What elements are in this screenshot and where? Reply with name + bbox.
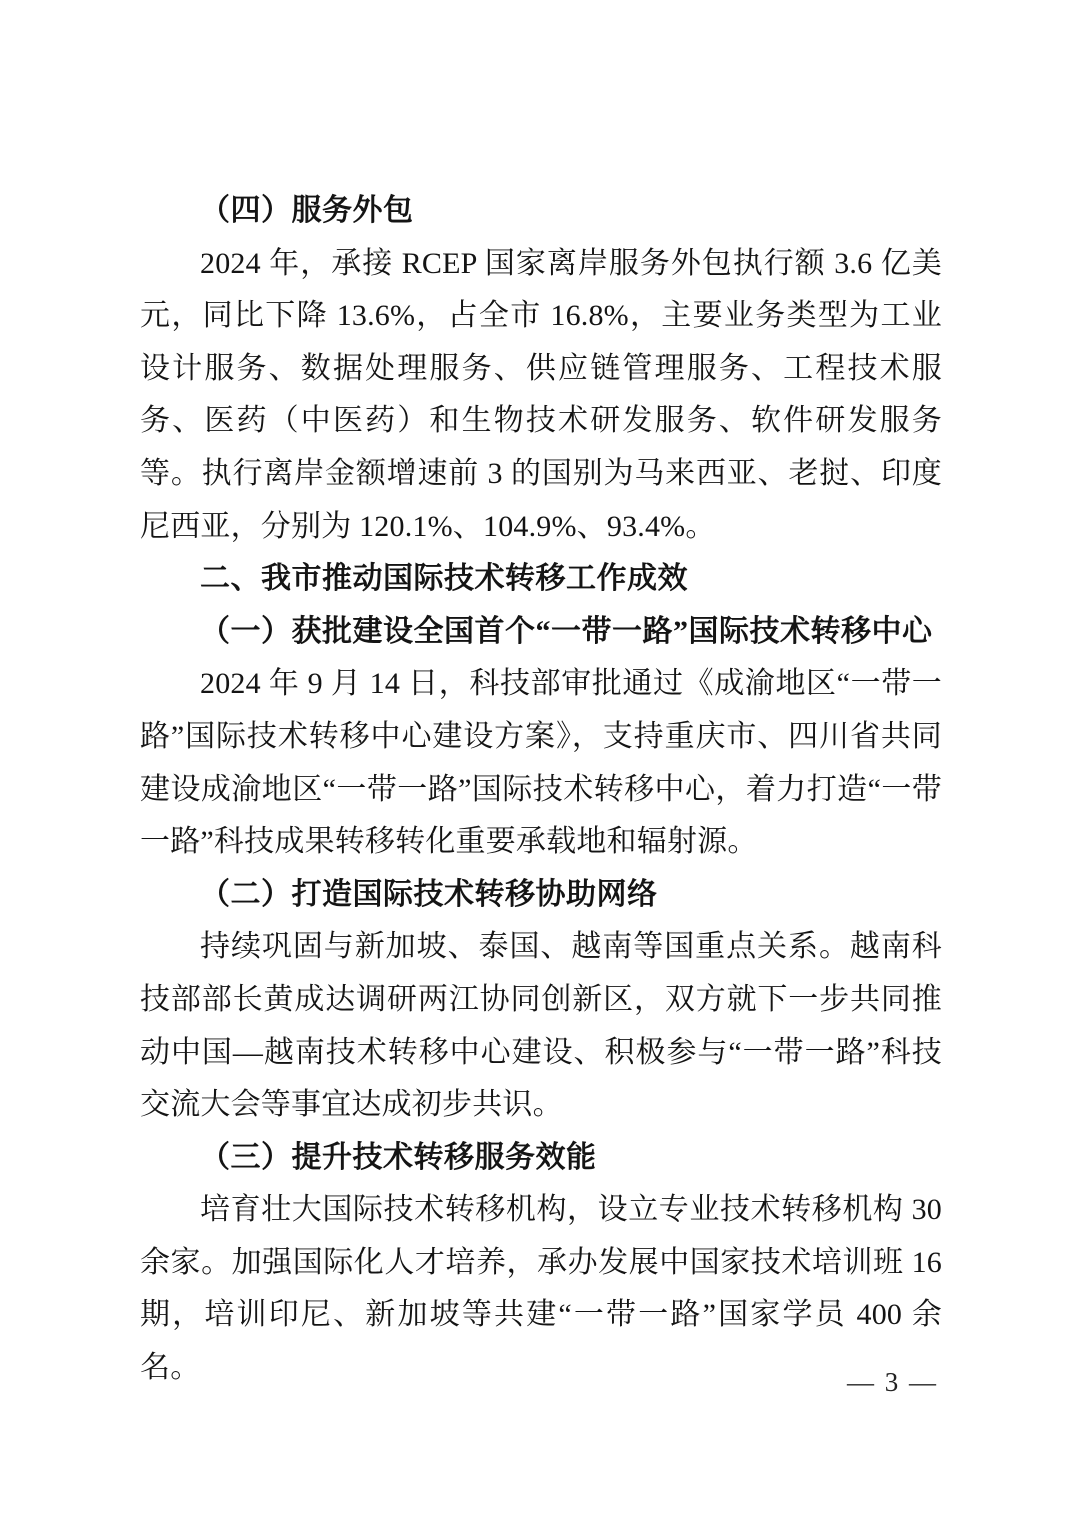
subheading-transfer-assist-network: （二）打造国际技术转移协助网络 bbox=[140, 869, 942, 922]
document-body: （四）服务外包 2024 年，承接 RCEP 国家离岸服务外包执行额 3.6 亿… bbox=[140, 185, 942, 1395]
document-page: （四）服务外包 2024 年，承接 RCEP 国家离岸服务外包执行额 3.6 亿… bbox=[0, 0, 1074, 1520]
paragraph-transfer-service-efficiency: 培育壮大国际技术转移机构，设立专业技术转移机构 30 余家。加强国际化人才培养，… bbox=[140, 1184, 942, 1394]
subheading-transfer-service-efficiency: （三）提升技术转移服务效能 bbox=[140, 1132, 942, 1185]
page-footer: — 3 — bbox=[847, 1362, 938, 1402]
paragraph-transfer-assist-network: 持续巩固与新加坡、泰国、越南等国重点关系。越南科技部部长黄成达调研两江协同创新区… bbox=[140, 921, 942, 1131]
paragraph-belt-road-center-approval: 2024 年 9 月 14 日，科技部审批通过《成渝地区“一带一路”国际技术转移… bbox=[140, 658, 942, 868]
page-number: — 3 — bbox=[847, 1367, 938, 1397]
paragraph-service-outsourcing: 2024 年，承接 RCEP 国家离岸服务外包执行额 3.6 亿美元，同比下降 … bbox=[140, 238, 942, 554]
heading-section-two-tech-transfer-results: 二、我市推动国际技术转移工作成效 bbox=[140, 553, 942, 606]
subheading-belt-road-center-approval: （一）获批建设全国首个“一带一路”国际技术转移中心 bbox=[140, 606, 942, 659]
subheading-service-outsourcing: （四）服务外包 bbox=[140, 185, 942, 238]
